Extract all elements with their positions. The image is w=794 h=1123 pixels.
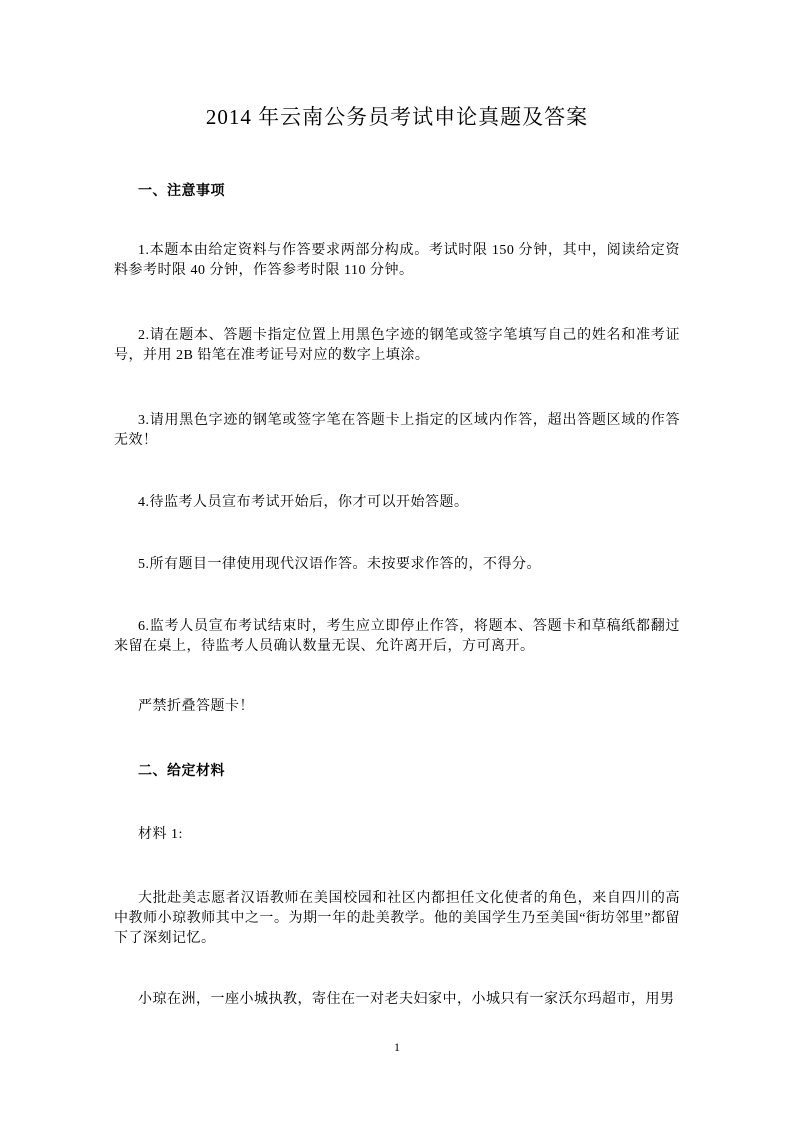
notice-item-3: 3.请用黑色字迹的钢笔或签字笔在答题卡上指定的区域内作答，超出答题区域的作答无效…: [114, 411, 680, 451]
section-materials-heading: 二、给定材料: [114, 762, 680, 782]
notice-item-5: 5.所有题目一律使用现代汉语作答。未按要求作答的，不得分。: [114, 555, 680, 575]
page-number: 1: [0, 1039, 794, 1055]
notice-item-4: 4.待监考人员宣布考试开始后，你才可以开始答题。: [114, 493, 680, 513]
document-title: 2014 年云南公务员考试申论真题及答案: [114, 104, 680, 130]
notice-item-6: 6.监考人员宣布考试结束时，考生应立即停止作答，将题本、答题卡和草稿纸都翻过来留…: [114, 617, 680, 657]
material-paragraph-2: 小琼在洲，一座小城执教，寄住在一对老夫妇家中，小城只有一家沃尔玛超市，用男: [114, 990, 680, 1010]
section-notices-heading: 一、注意事项: [114, 182, 680, 202]
material-paragraph-1: 大批赴美志愿者汉语教师在美国校园和社区内都担任文化使者的角色，来自四川的高中教师…: [114, 889, 680, 949]
document-page: 2014 年云南公务员考试申论真题及答案 一、注意事项 1.本题本由给定资料与作…: [0, 0, 794, 1123]
notice-item-1: 1.本题本由给定资料与作答要求两部分构成。考试时限 150 分钟，其中，阅读给定…: [114, 241, 680, 281]
material-label: 材料 1:: [114, 825, 680, 845]
notice-item-2: 2.请在题本、答题卡指定位置上用黑色字迹的钢笔或签字笔填写自己的姓名和准考证号，…: [114, 326, 680, 366]
warning-text: 严禁折叠答题卡！: [114, 697, 680, 717]
